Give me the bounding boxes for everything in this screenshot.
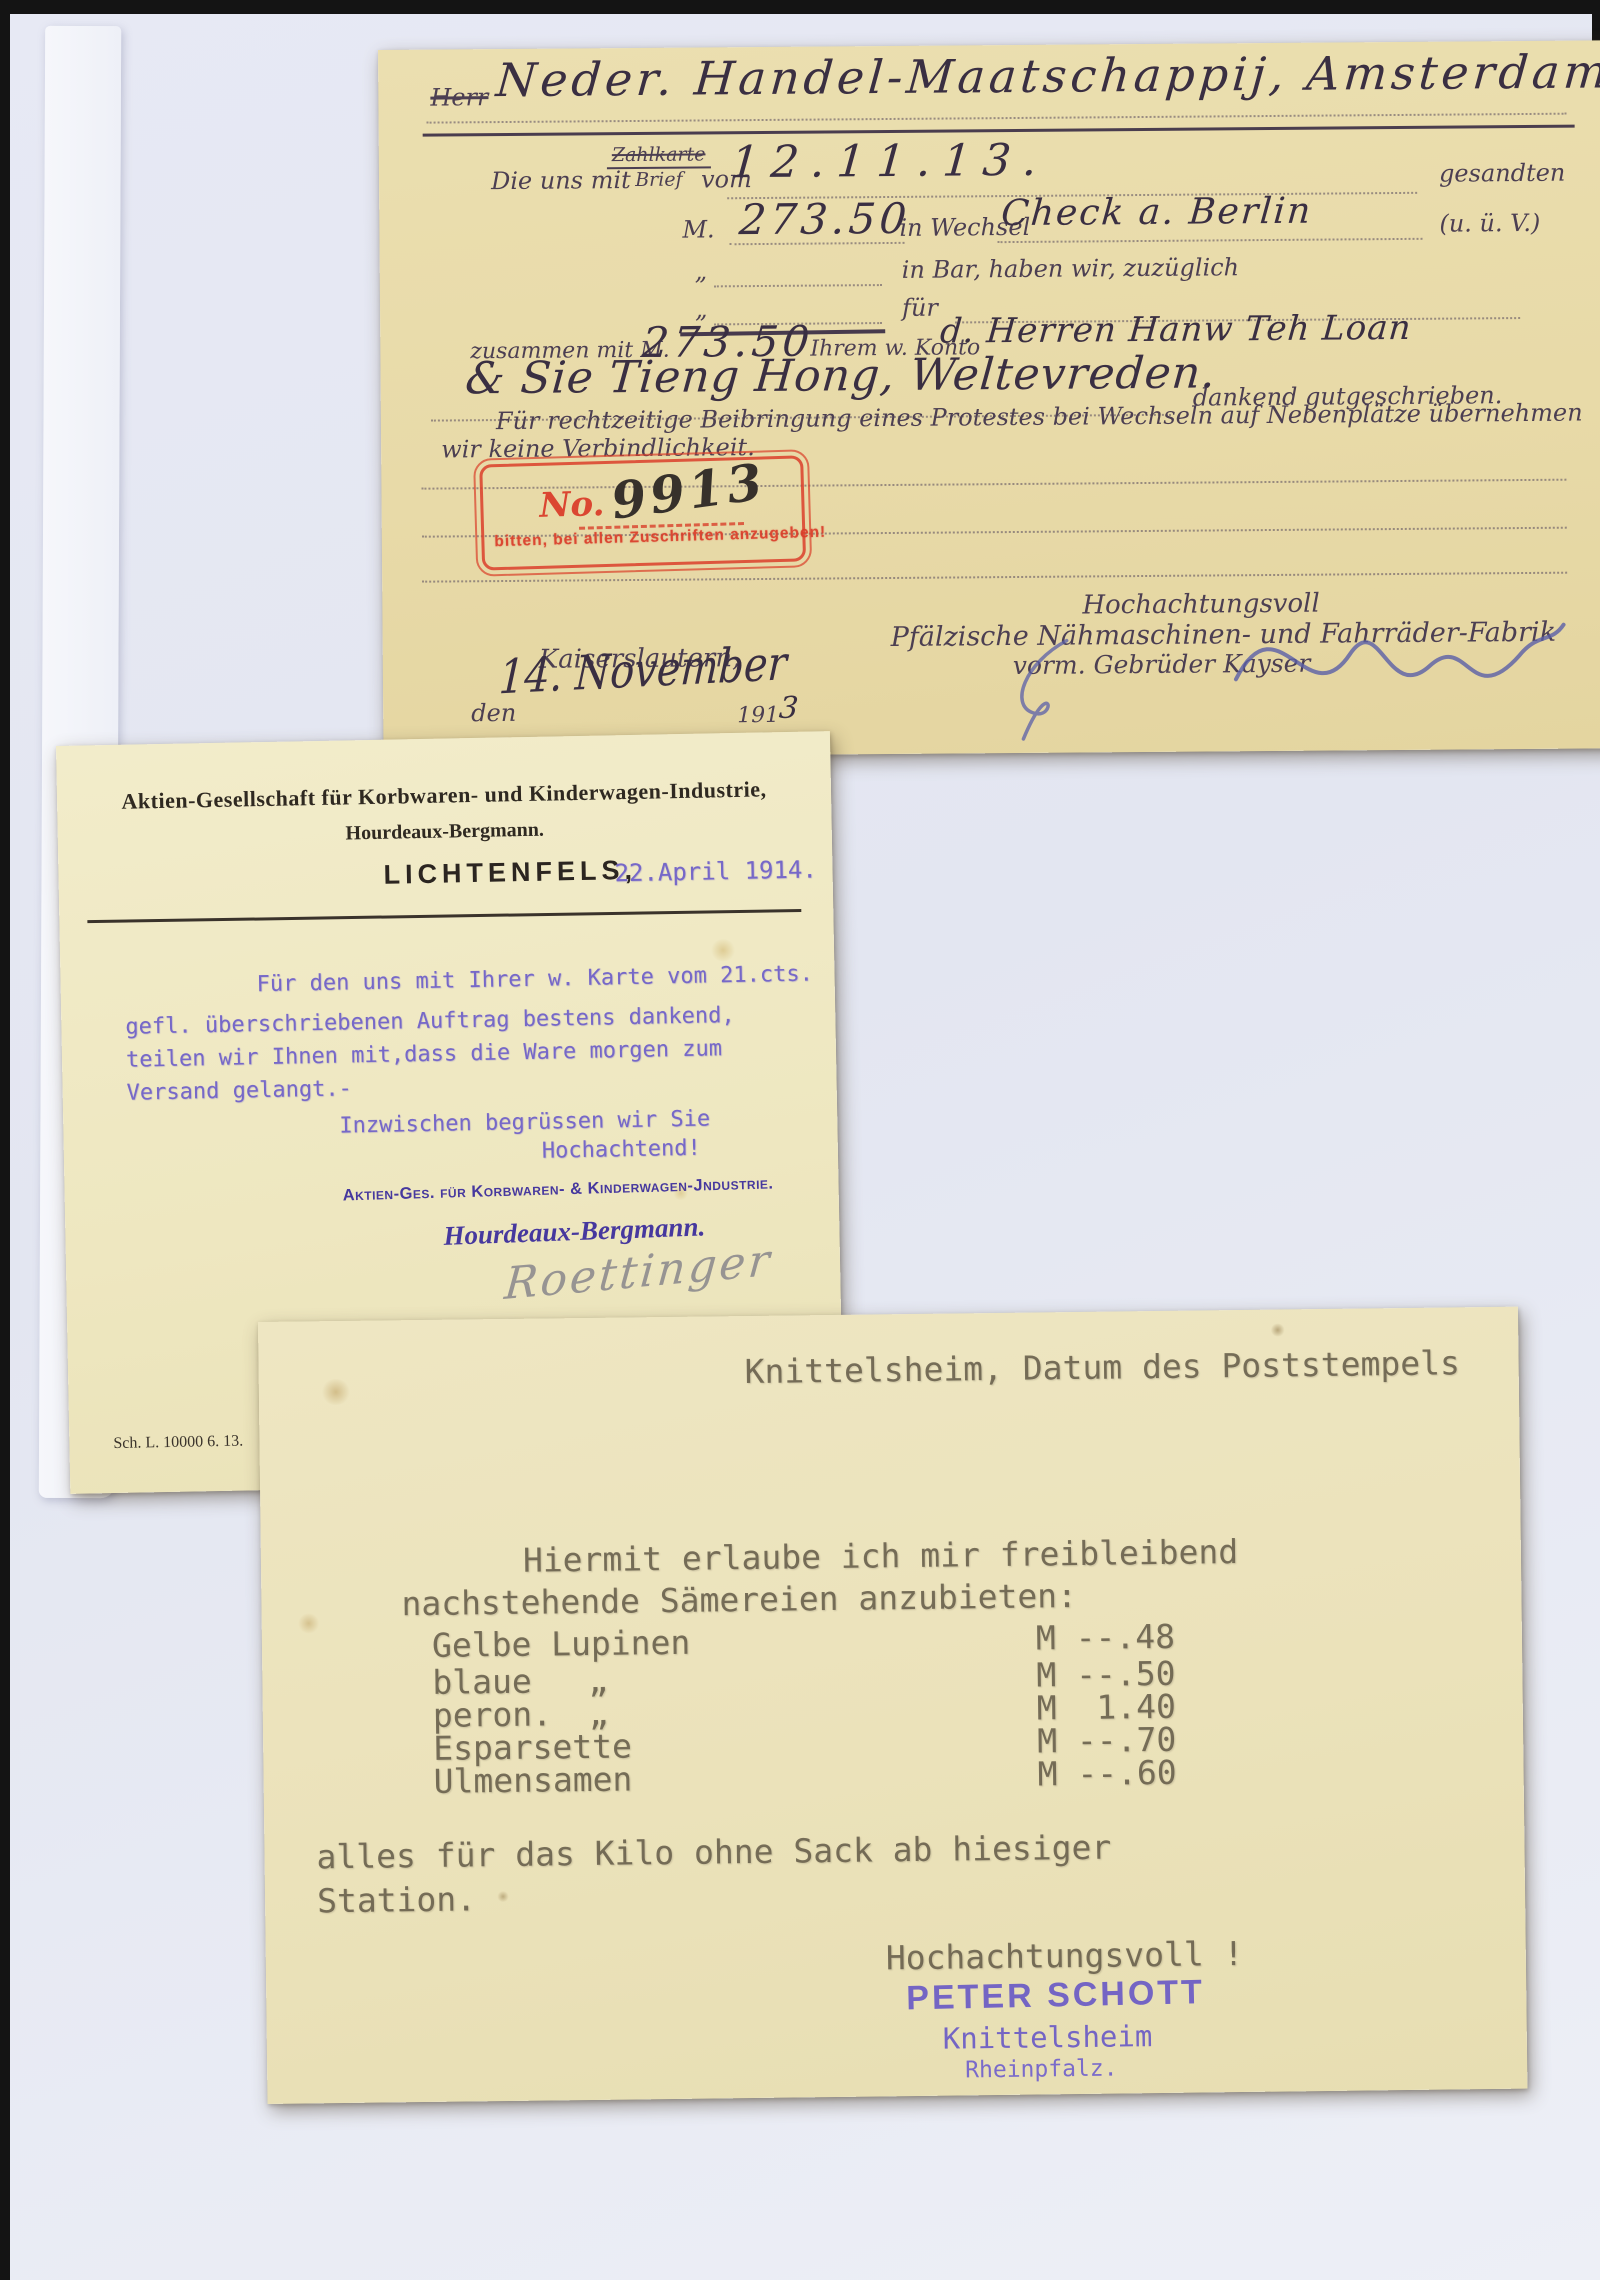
company-header: Aktien-Gesellschaft für Korbwaren- und K… <box>57 775 831 816</box>
company-stamp-line1: Aktien-Ges. für Korbwaren- & Kinderwagen… <box>342 1174 773 1205</box>
print-run-footnote: Sch. L. 10000 6. 13. <box>113 1433 243 1453</box>
printed-fuer: für <box>902 294 938 322</box>
item-price: M --.60 <box>1037 1753 1177 1794</box>
photo-frame-edge-top <box>0 0 1600 14</box>
printed-mark-m: M. <box>682 215 714 243</box>
signature-flourish-scribble <box>995 634 1091 745</box>
typed-header: Knittelsheim, Datum des Poststempels <box>744 1343 1460 1391</box>
stamp-no-label: No. <box>539 484 605 526</box>
photo-of-postcards: Herr Neder. Handel-Maatschappij, Amsterd… <box>0 0 1600 2280</box>
fraction-zahlkarte-brief: Zahlkarte Brief <box>607 143 711 191</box>
stamp-note-text: bitten, bei allen Zuschriften anzugeben! <box>494 524 826 552</box>
photo-frame-edge-left <box>0 0 10 2280</box>
handwritten-date: 12.11.13. <box>729 135 1051 189</box>
printed-in-bar: in Bar, haben wir, zuzüglich <box>902 253 1240 284</box>
typed-body-line: Inzwischen begrüssen wir Sie <box>339 1107 710 1139</box>
typed-intro-line: nachstehende Sämereien anzubieten: <box>401 1576 1077 1623</box>
printed-protest-note-1: Für rechtzeitige Beibringung eines Prote… <box>496 399 1583 436</box>
place-label: LICHTENFELS, <box>383 855 637 891</box>
postcard-payment-confirmation: Herr Neder. Handel-Maatschappij, Amsterd… <box>378 40 1600 758</box>
fraction-bottom: Brief <box>635 169 683 191</box>
handwritten-addressee: Neder. Handel-Maatschappij, Amsterdam <box>494 44 1600 107</box>
red-number-stamp: No. 9913 bitten, bei allen Zuschriften a… <box>479 455 806 570</box>
printed-salutation: Herr <box>430 83 488 111</box>
sender-stamp-place: Knittelsheim <box>943 2019 1153 2056</box>
fraction-top: Zahlkarte <box>607 143 711 169</box>
handwritten-account-holder-2: & Sie Tieng Hong, Weltevreden. <box>464 347 1219 404</box>
handwritten-amount: 273.50 <box>737 194 912 244</box>
dotted-line <box>730 242 905 245</box>
handwritten-account-holder: d. Herren Hanw Teh Loan <box>939 308 1413 352</box>
typed-body-line: teilen wir Ihnen mit,dass die Ware morge… <box>126 1036 722 1072</box>
rule-line <box>87 909 801 923</box>
typed-intro-line: Hiermit erlaube ich mir freibleibend <box>523 1532 1239 1580</box>
printed-year: 191 <box>737 703 779 728</box>
sender-stamp-region: Rheinpfalz. <box>965 2056 1118 2084</box>
typed-closing: Hochachtungsvoll ! <box>886 1934 1244 1977</box>
item-price: M --.48 <box>1036 1617 1176 1658</box>
stain <box>298 1613 320 1633</box>
handwritten-year-digit: 3 <box>778 691 800 726</box>
printed-gesandten: gesandten <box>1439 159 1566 188</box>
typed-outro-line: Station. <box>317 1879 476 1920</box>
typed-body-line: Versand gelangt.- <box>126 1076 352 1105</box>
typed-body-line: Für den uns mit Ihrer w. Karte vom 21.ct… <box>256 962 813 998</box>
printed-uev: (u. ü. V.) <box>1439 209 1540 238</box>
handwritten-check: Check a. Berlin <box>1000 191 1314 234</box>
typed-body-line: gefl. überschriebenen Auftrag bestens da… <box>125 1003 735 1040</box>
signature-ink-scribble <box>1227 581 1568 734</box>
typed-date: 22.April 1914. <box>614 855 817 887</box>
dotted-ruling-line <box>422 572 1567 583</box>
dotted-line <box>427 113 1567 124</box>
sender-stamp-name: PETER SCHOTT <box>906 1973 1205 2018</box>
typed-body-line: Hochachtend! <box>542 1136 701 1164</box>
stain <box>710 939 736 961</box>
printed-ditto-1: „ <box>695 257 708 285</box>
stain <box>497 1891 509 1902</box>
postcard-seed-offer: Knittelsheim, Datum des Poststempels Hie… <box>258 1307 1527 2104</box>
dotted-line <box>714 284 882 287</box>
handwritten-stamp-number: 9913 <box>608 452 770 531</box>
typed-outro-line: alles für das Kilo ohne Sack ab hiesiger <box>316 1828 1111 1877</box>
item-name: Gelbe Lupinen <box>432 1623 691 1665</box>
item-name: Ulmensamen <box>433 1759 632 1800</box>
stain <box>1270 1323 1285 1336</box>
company-subheader: Hourdeaux-Bergmann. <box>58 813 832 851</box>
stain <box>321 1379 351 1405</box>
dotted-line <box>998 238 1423 243</box>
